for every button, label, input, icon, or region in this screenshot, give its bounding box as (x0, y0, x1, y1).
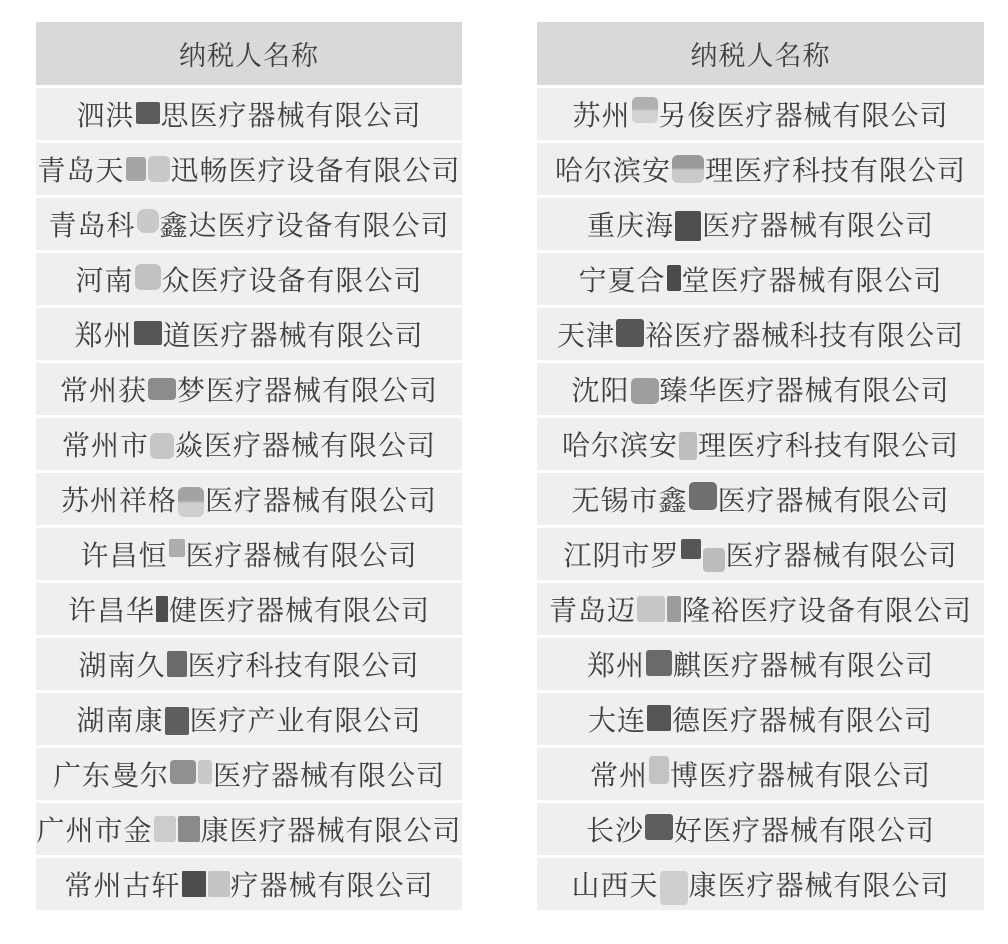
redaction-block (703, 548, 725, 572)
company-name-text: 湖南久 (78, 644, 165, 684)
redaction-block (689, 482, 717, 510)
table-row: 江阴市罗医疗器械有限公司 (537, 528, 984, 580)
redaction-block (660, 871, 688, 905)
redaction-block (135, 264, 161, 290)
table-row: 青岛天迅畅医疗设备有限公司 (36, 143, 462, 195)
redaction-block (681, 539, 701, 559)
company-name-text: 众医疗设备有限公司 (162, 259, 423, 299)
company-name-text: 医疗器械有限公司 (702, 204, 934, 244)
company-name-text: 重庆海 (587, 204, 674, 244)
company-name-text: 青岛天 (37, 149, 124, 189)
table-row: 许昌恒医疗器械有限公司 (36, 528, 462, 580)
redaction-block (136, 102, 160, 124)
company-name-text: 苏州祥格 (61, 479, 177, 519)
redaction-block (667, 596, 681, 622)
company-name-text: 鑫达医疗设备有限公司 (160, 204, 450, 244)
company-name-text: 迅畅医疗设备有限公司 (171, 149, 461, 189)
company-name-text: 许昌恒 (80, 534, 167, 574)
table-body: 苏州另俊医疗器械有限公司哈尔滨安理医疗科技有限公司重庆海医疗器械有限公司宁夏合堂… (537, 88, 984, 910)
redaction-block (198, 760, 212, 784)
company-name-text: 康医疗器械有限公司 (689, 864, 950, 904)
redaction-block (649, 756, 669, 784)
table-row: 苏州另俊医疗器械有限公司 (537, 88, 984, 140)
company-name-text: 健医疗器械有限公司 (169, 589, 430, 629)
company-name-text: 医疗器械有限公司 (213, 754, 445, 794)
company-name-text: 理医疗科技有限公司 (705, 149, 966, 189)
company-name-text: 医疗器械有限公司 (726, 534, 958, 574)
redaction-block (170, 760, 196, 784)
table-row: 常州古轩疗器械有限公司 (36, 858, 462, 910)
company-name-text: 裕医疗器械科技有限公司 (645, 314, 964, 354)
company-name-text: 医疗器械有限公司 (186, 534, 418, 574)
company-name-text: 常州市 (62, 424, 149, 464)
table-row: 常州博医疗器械有限公司 (537, 748, 984, 800)
redaction-block (182, 871, 206, 897)
redaction-block (148, 378, 176, 400)
company-name-text: 宁夏合 (578, 259, 665, 299)
redaction-block (675, 211, 701, 241)
table-row: 广州市金康医疗器械有限公司 (36, 803, 462, 855)
table-row: 无锡市鑫医疗器械有限公司 (537, 473, 984, 525)
company-name-text: 好医疗器械有限公司 (674, 809, 935, 849)
redaction-block (178, 816, 200, 842)
table-row: 长沙好医疗器械有限公司 (537, 803, 984, 855)
table-row: 苏州祥格医疗器械有限公司 (36, 473, 462, 525)
company-name-text: 思医疗器械有限公司 (161, 94, 422, 134)
company-name-text: 道医疗器械有限公司 (163, 314, 424, 354)
redaction-block (137, 209, 159, 233)
redaction-block (631, 378, 659, 404)
company-name-text: 大连 (588, 699, 646, 739)
company-name-text: 医疗产业有限公司 (190, 699, 422, 739)
redaction-block (637, 596, 665, 622)
table-row: 湖南久医疗科技有限公司 (36, 638, 462, 690)
table-row: 天津裕医疗器械科技有限公司 (537, 308, 984, 360)
table-row: 重庆海医疗器械有限公司 (537, 198, 984, 250)
taxpayer-table-left: 纳税人名称 泗洪思医疗器械有限公司青岛天迅畅医疗设备有限公司青岛科鑫达医疗设备有… (36, 22, 462, 913)
table-row: 青岛迈隆裕医疗设备有限公司 (537, 583, 984, 635)
table-row: 河南众医疗设备有限公司 (36, 253, 462, 305)
table-row: 郑州道医疗器械有限公司 (36, 308, 462, 360)
company-name-text: 郑州 (587, 644, 645, 684)
table-row: 哈尔滨安理医疗科技有限公司 (537, 418, 984, 470)
redaction-block (616, 319, 644, 347)
redaction-block (150, 433, 174, 459)
column-header-taxpayer-name: 纳税人名称 (537, 22, 984, 85)
taxpayer-table-right: 纳税人名称 苏州另俊医疗器械有限公司哈尔滨安理医疗科技有限公司重庆海医疗器械有限… (537, 22, 984, 913)
company-name-text: 理医疗科技有限公司 (698, 424, 959, 464)
company-name-text: 另俊医疗器械有限公司 (659, 94, 949, 134)
table-row: 湖南康医疗产业有限公司 (36, 693, 462, 745)
table-row: 沈阳臻华医疗器械有限公司 (537, 363, 984, 415)
table-row: 宁夏合堂医疗器械有限公司 (537, 253, 984, 305)
company-name-text: 天津 (557, 314, 615, 354)
redaction-block (178, 487, 204, 517)
table-row: 青岛科鑫达医疗设备有限公司 (36, 198, 462, 250)
company-name-text: 山西天 (571, 864, 658, 904)
company-name-text: 常州 (590, 754, 648, 794)
company-name-text: 广州市金 (36, 809, 152, 849)
table-row: 哈尔滨安理医疗科技有限公司 (537, 143, 984, 195)
company-name-text: 哈尔滨安 (562, 424, 678, 464)
table-row: 山西天康医疗器械有限公司 (537, 858, 984, 910)
company-name-text: 疗器械有限公司 (231, 864, 434, 904)
company-name-text: 无锡市鑫 (571, 479, 687, 519)
company-name-text: 隆裕医疗设备有限公司 (682, 589, 972, 629)
company-name-text: 广东曼尔 (53, 754, 169, 794)
redaction-block (632, 97, 658, 123)
company-name-text: 青岛科 (48, 204, 135, 244)
company-name-text: 江阴市罗 (563, 534, 679, 574)
company-name-text: 博医疗器械有限公司 (670, 754, 931, 794)
redaction-block (667, 265, 681, 291)
company-name-text: 青岛迈 (549, 589, 636, 629)
company-name-text: 医疗科技有限公司 (188, 644, 420, 684)
company-name-text: 梦医疗器械有限公司 (177, 369, 438, 409)
company-name-text: 堂医疗器械有限公司 (682, 259, 943, 299)
page: 纳税人名称 泗洪思医疗器械有限公司青岛天迅畅医疗设备有限公司青岛科鑫达医疗设备有… (0, 0, 1008, 944)
company-name-text: 医疗器械有限公司 (205, 479, 437, 519)
company-name-text: 河南 (75, 259, 133, 299)
table-row: 大连德医疗器械有限公司 (537, 693, 984, 745)
table-row: 常州市焱医疗器械有限公司 (36, 418, 462, 470)
redaction-block (647, 705, 671, 731)
redaction-block (134, 321, 162, 345)
company-name-text: 常州古轩 (64, 864, 180, 904)
table-row: 许昌华健医疗器械有限公司 (36, 583, 462, 635)
redaction-block (169, 539, 185, 557)
company-name-text: 许昌华 (68, 589, 155, 629)
table-row: 郑州麒医疗器械有限公司 (537, 638, 984, 690)
redaction-block (208, 871, 230, 897)
redaction-block (154, 816, 176, 842)
redaction-block (672, 155, 704, 183)
company-name-text: 哈尔滨安 (555, 149, 671, 189)
redaction-block (645, 814, 673, 840)
company-name-text: 常州获 (60, 369, 147, 409)
company-name-text: 长沙 (586, 809, 644, 849)
table-body: 泗洪思医疗器械有限公司青岛天迅畅医疗设备有限公司青岛科鑫达医疗设备有限公司河南众… (36, 88, 462, 910)
table-row: 广东曼尔医疗器械有限公司 (36, 748, 462, 800)
company-name-text: 德医疗器械有限公司 (672, 699, 933, 739)
redaction-block (126, 157, 146, 181)
table-row: 泗洪思医疗器械有限公司 (36, 88, 462, 140)
company-name-text: 湖南康 (76, 699, 163, 739)
table-row: 常州获梦医疗器械有限公司 (36, 363, 462, 415)
redaction-block (156, 596, 168, 622)
redaction-block (148, 156, 170, 182)
redaction-block (646, 650, 672, 676)
company-name-text: 臻华医疗器械有限公司 (660, 369, 950, 409)
company-name-text: 沈阳 (571, 369, 629, 409)
company-name-text: 郑州 (74, 314, 132, 354)
redaction-block (165, 707, 189, 735)
company-name-text: 苏州 (572, 94, 630, 134)
company-name-text: 泗洪 (76, 94, 134, 134)
column-header-taxpayer-name: 纳税人名称 (36, 22, 462, 85)
redaction-block (167, 651, 187, 677)
company-name-text: 麒医疗器械有限公司 (673, 644, 934, 684)
company-name-text: 焱医疗器械有限公司 (175, 424, 436, 464)
company-name-text: 康医疗器械有限公司 (201, 809, 462, 849)
company-name-text: 医疗器械有限公司 (718, 479, 950, 519)
redaction-block (679, 432, 697, 460)
